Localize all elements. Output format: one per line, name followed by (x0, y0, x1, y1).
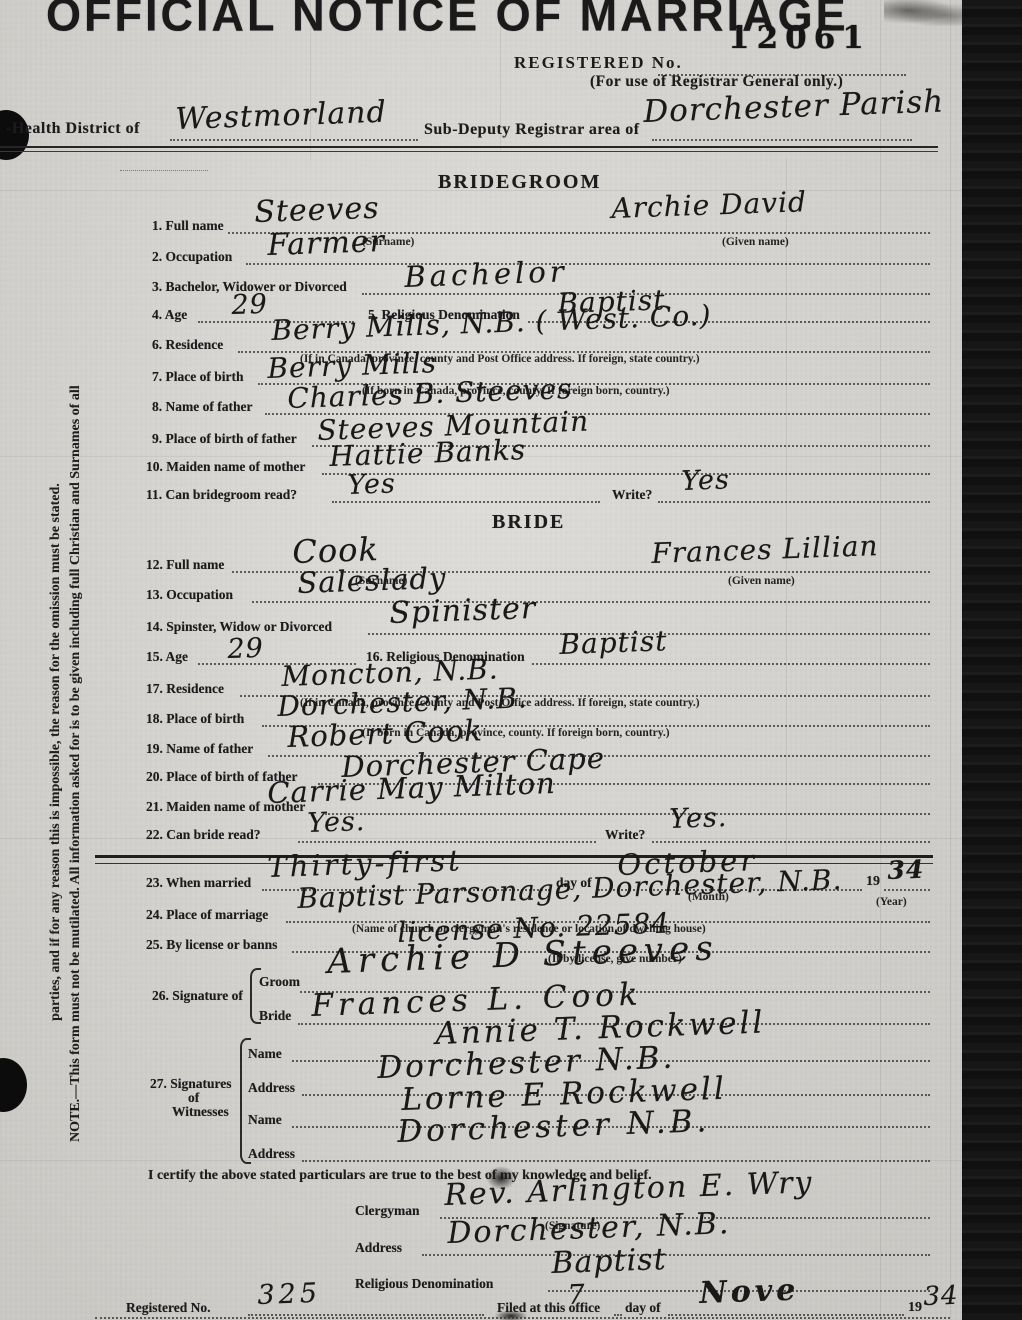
health-district-value: Westmorland (175, 95, 388, 137)
field-23-label: 23. When married (146, 875, 251, 891)
field-21-value: Carrie May Milton (267, 766, 556, 810)
filed-year-prefix: 19 (908, 1300, 922, 1316)
field-3-value: Bachelor (404, 254, 568, 294)
health-district-label: -Health District of (6, 120, 140, 138)
field-11-line (332, 501, 600, 503)
field-12-label: 12. Full name (146, 557, 224, 573)
field-2-value: Farmer (267, 224, 386, 263)
field-22-value: Yes. (307, 806, 366, 839)
field-26-groom-label: Groom (259, 974, 300, 990)
filed-dayof-label: day of (625, 1300, 661, 1316)
field-13-label: 13. Occupation (146, 587, 233, 603)
field-11-write-value: Yes (681, 464, 730, 497)
registered-no-label: REGISTERED No. (514, 53, 683, 73)
witness2-name-label: Name (248, 1112, 282, 1128)
denomination-value: Baptist (551, 1242, 667, 1281)
field-8-label: 8. Name of father (152, 399, 252, 415)
field-1-given-hint: (Given name) (722, 236, 789, 248)
sub-deputy-label: Sub-Deputy Registrar area of (424, 121, 640, 139)
clergyman-address-line (422, 1254, 930, 1256)
field-25-label: 25. By license or banns (146, 937, 277, 953)
field-19-label: 19. Name of father (146, 741, 253, 757)
field-15-value: 29 (227, 633, 264, 665)
fold-line (880, 0, 881, 1320)
field-11-write-line (658, 501, 930, 503)
clergyman-label: Clergyman (355, 1203, 420, 1219)
margin-note-line1: NOTE.—This form must not be mutilated. A… (68, 385, 84, 1142)
field-27-label-line3: Witnesses (172, 1104, 229, 1120)
witness2-address-label: Address (248, 1146, 295, 1162)
field-24-label: 24. Place of marriage (146, 907, 268, 923)
field-22-write-line (652, 841, 930, 843)
margin-note-text: parties, and if for any reason this is i… (48, 483, 63, 1021)
field-2-label: 2. Occupation (152, 249, 232, 265)
field-10-label: 10. Maiden name of mother (146, 459, 305, 475)
page-bottom-cut-line (95, 1317, 950, 1319)
field-1-given-value: Archie David (611, 185, 808, 225)
field-23-year-hint: (Year) (876, 896, 907, 908)
field-13-line (252, 601, 930, 603)
margin-note-text: NOTE.—This form must not be mutilated. A… (68, 385, 83, 1142)
filed-day-value: 7 (567, 1279, 586, 1311)
sub-deputy-line (652, 139, 912, 141)
field-7-label: 7. Place of birth (152, 369, 243, 385)
field-11-write-label: Write? (612, 487, 652, 503)
health-district-line (170, 139, 418, 141)
field-16-line (532, 663, 930, 665)
marriage-section-divider (95, 855, 933, 864)
field-4-value: 29 (231, 289, 268, 321)
field-23-year-line (884, 889, 930, 891)
field-23-year-prefix: 19 (866, 874, 880, 890)
field-17-label: 17. Residence (146, 681, 224, 697)
filed-year-value: 34 (923, 1281, 959, 1312)
field-26-groom-value: Archie D Steeves (327, 928, 720, 982)
field-10-line (322, 473, 930, 475)
filed-month-value: Nove (699, 1273, 800, 1311)
field-11-label: 11. Can bridegroom read? (146, 487, 297, 503)
scan-edge-band (962, 0, 1022, 1320)
field-26-label: 26. Signature of (152, 988, 243, 1004)
registered-no-bottom-line (248, 1314, 484, 1316)
field-21-line (325, 813, 930, 815)
denomination-label: Religious Denomination (355, 1276, 493, 1292)
registered-no-bottom-label: Registered No. (126, 1300, 210, 1316)
field-1-label: 1. Full name (152, 218, 224, 234)
witness1-name-label: Name (248, 1046, 282, 1062)
clergyman-address-label: Address (355, 1240, 402, 1256)
fold-line (950, 0, 951, 1320)
field-9-label: 9. Place of birth of father (152, 431, 297, 447)
field-22-line (298, 841, 596, 843)
hole-punch-bottom (0, 1058, 27, 1112)
registered-number-stamp: 12061 (728, 20, 871, 56)
field-12-given-hint: (Given name) (728, 575, 795, 587)
filed-month-line (668, 1314, 904, 1316)
field-16-value: Baptist (559, 624, 668, 661)
field-12-given-value: Frances Lillian (651, 529, 879, 570)
marriage-notice-form: parties, and if for any reason this is i… (0, 0, 1022, 1320)
field-14-value: Spinister (389, 591, 537, 631)
field-6-label: 6. Residence (152, 337, 223, 353)
field-4-label: 4. Age (152, 307, 187, 323)
margin-note-line2: parties, and if for any reason this is i… (48, 362, 64, 1142)
field-23-year-value: 34 (887, 855, 925, 885)
field-11-value: Yes (347, 468, 396, 501)
bridegroom-section-title: BRIDEGROOM (438, 171, 601, 194)
header-divider (0, 146, 938, 152)
field-22-label: 22. Can bride read? (146, 827, 261, 843)
field-22-write-value: Yes. (669, 802, 728, 835)
filed-day-line (614, 1314, 622, 1316)
field-10-value: Hattie Banks (329, 433, 527, 473)
witness1-address-label: Address (248, 1080, 295, 1096)
field-15-label: 15. Age (146, 649, 188, 665)
fold-line (0, 838, 962, 839)
bride-section-title: BRIDE (492, 511, 565, 534)
field-18-label: 18. Place of birth (146, 711, 244, 727)
witness2-address-line (302, 1160, 930, 1162)
registered-no-bottom-value: 325 (257, 1278, 322, 1311)
stray-dash-mark (120, 170, 208, 171)
field-26-bride-label: Bride (259, 1008, 291, 1024)
field-2-line (246, 263, 930, 265)
field-22-write-label: Write? (605, 827, 645, 843)
field-6-value: Berry Mills, N.B. ( West. Co.) (271, 299, 712, 347)
